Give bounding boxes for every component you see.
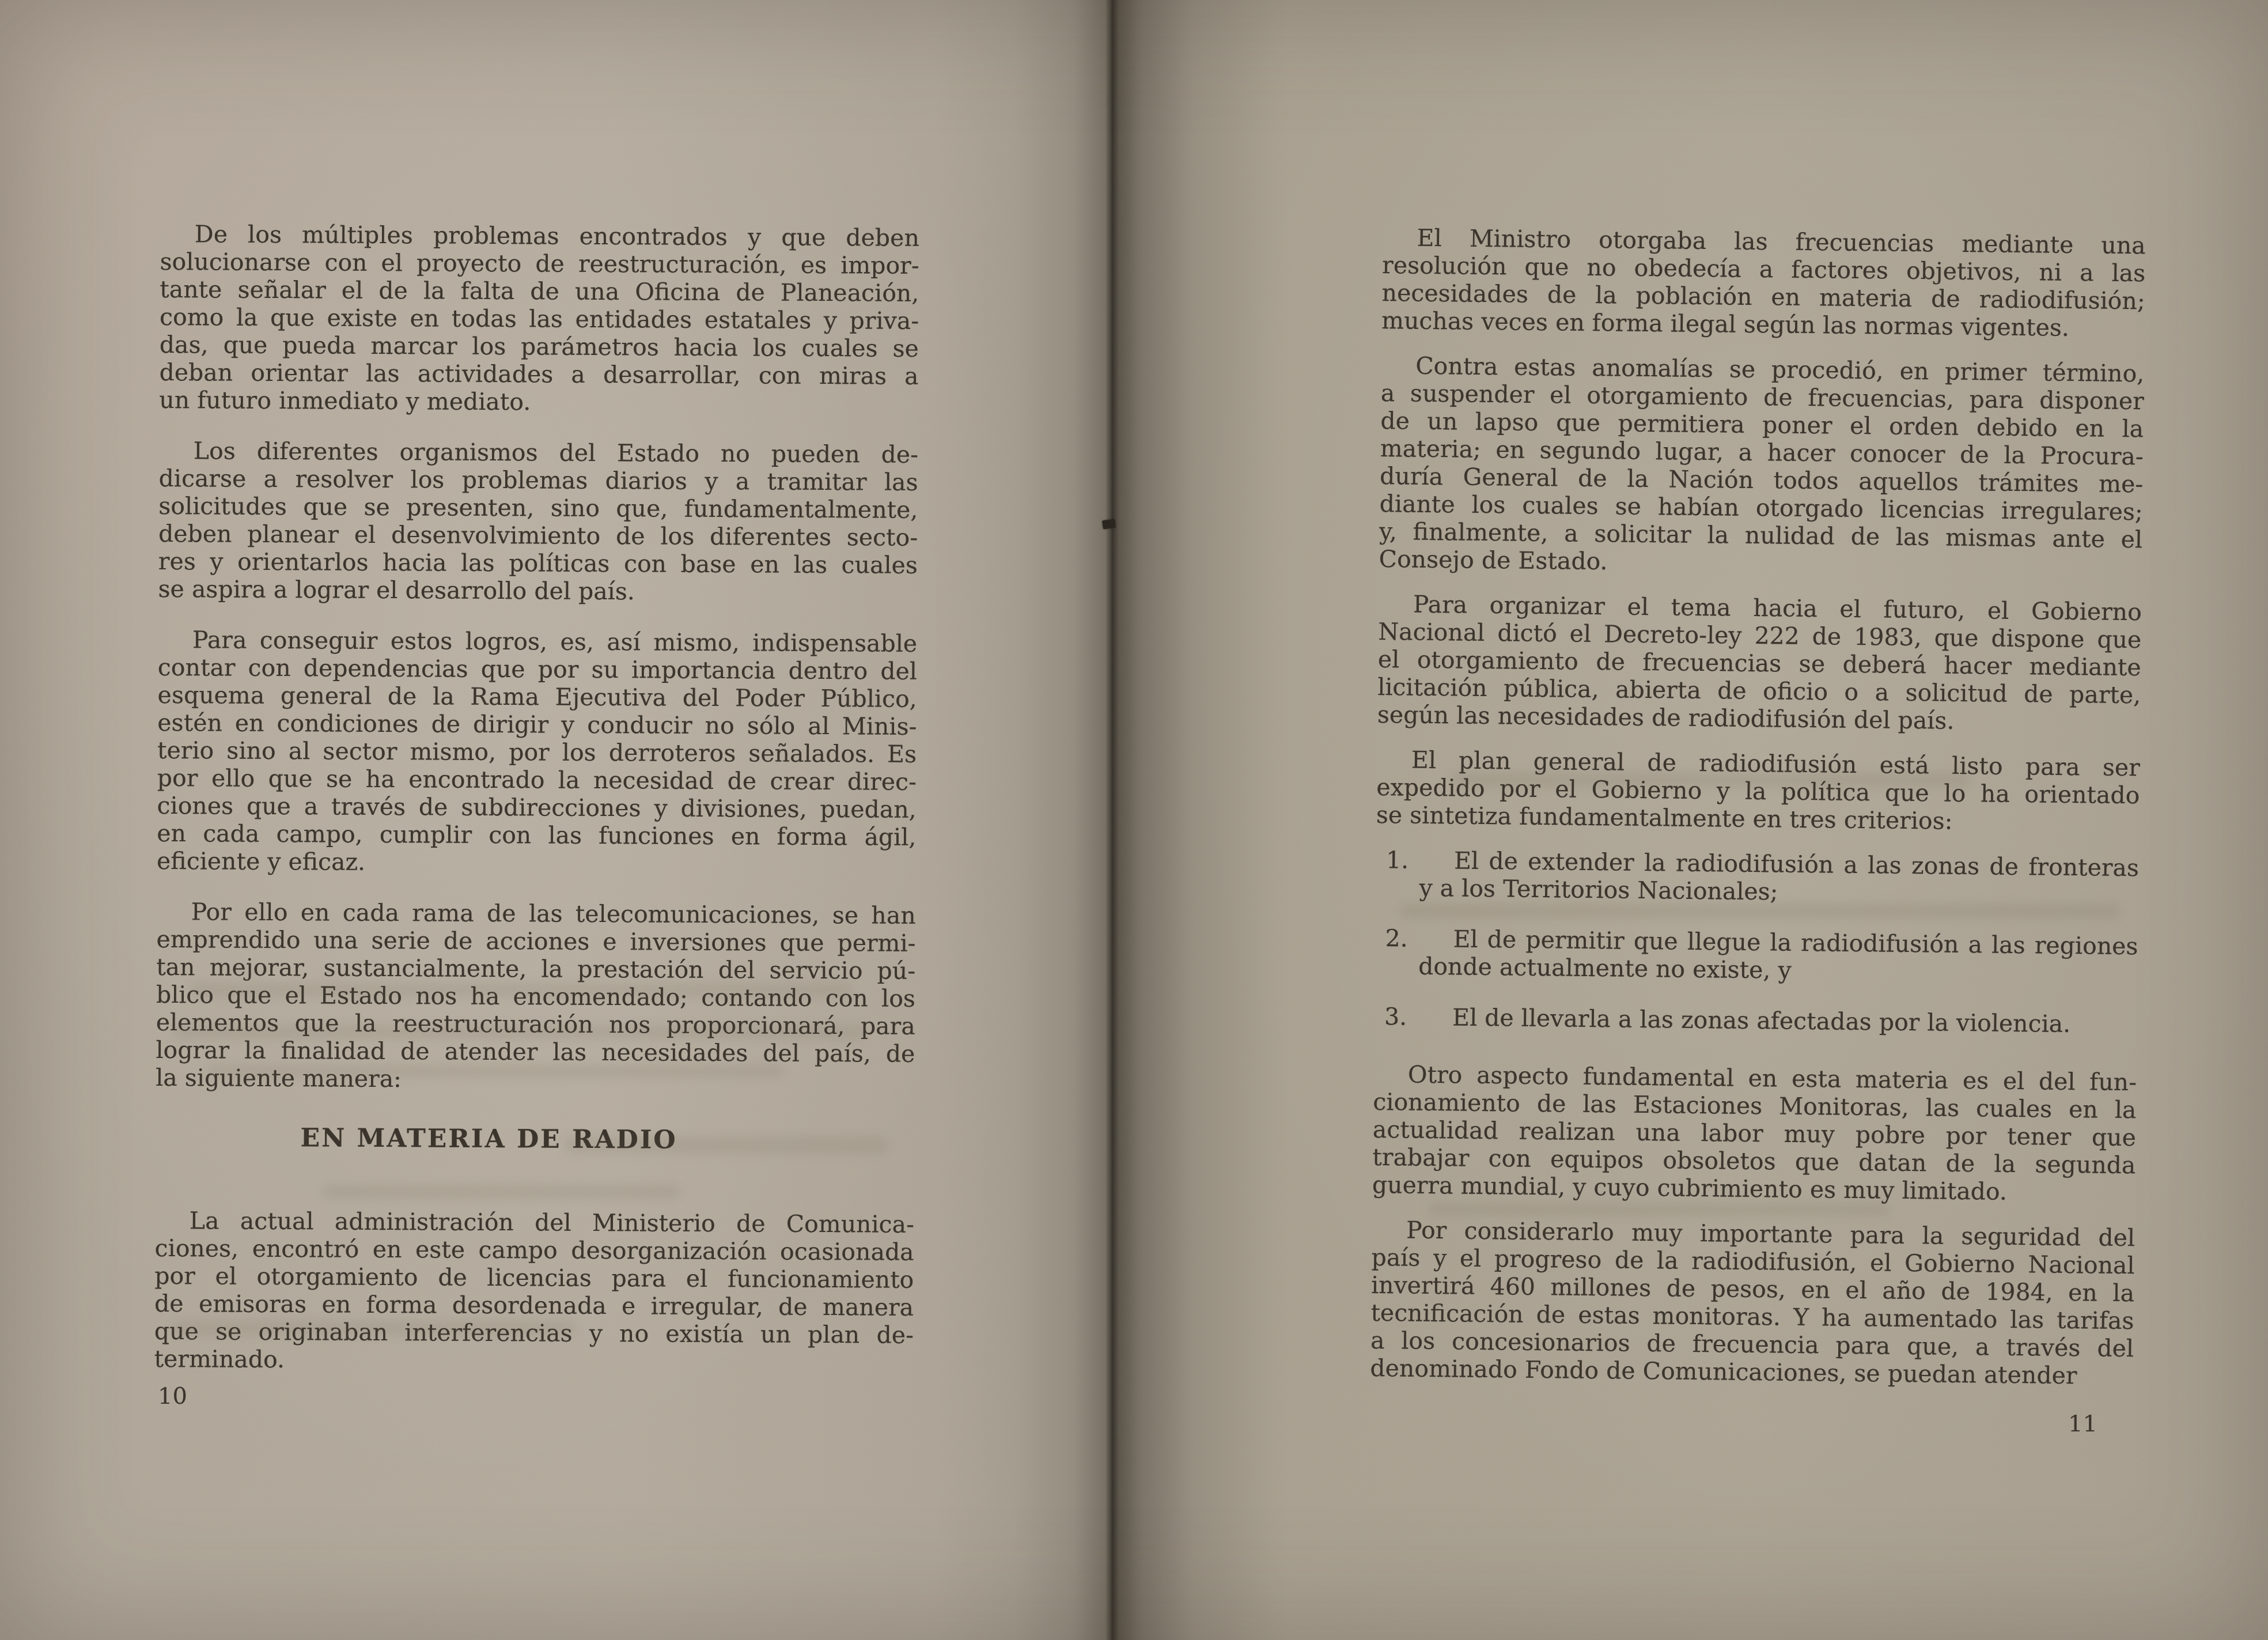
text-line: terminado. [154, 1345, 914, 1377]
text-line: la siguiente manera: [156, 1064, 915, 1095]
list-item-text: El de permitir que llegue la radiodifusi… [1418, 925, 2138, 988]
book-spread: De los múltiples problemas encontrados y… [0, 0, 2268, 1640]
text-line: que se originaban interferencias y no ex… [154, 1317, 914, 1349]
list-item: 1. El de extender la radiodifusión a las… [1375, 846, 2139, 909]
paragraph: Por ello en cada rama de las telecomunic… [156, 898, 916, 1095]
text-line: res y orientarlos hacia las políticas co… [158, 547, 918, 579]
text-line: solucionarse con el proyecto de reestruc… [160, 248, 919, 279]
text-line: ciones, encontró en este campo desorgani… [155, 1234, 914, 1266]
text-line: tan mejorar, sustancialmente, la prestac… [156, 953, 915, 985]
text-line: solicitudes que se presenten, sino que, … [158, 492, 918, 524]
page-number-left: 10 [158, 1383, 187, 1410]
text-line: La actual administración del Ministerio … [155, 1207, 914, 1238]
text-line: deben planear el desenvolvimiento de los… [158, 520, 918, 551]
list-item-text: El de extender la radiodifusión a las zo… [1419, 847, 2139, 910]
list-item-number: 1. [1385, 846, 1419, 902]
text-line: terio sino al sector mismo, por los derr… [157, 736, 917, 768]
page-number-right: 11 [2068, 1411, 2097, 1437]
text-line: elementos que la reestructuración nos pr… [156, 1008, 915, 1040]
list-item-text: El de llevarla a las zonas afectadas por… [1418, 1003, 2137, 1039]
list-item: 3. El de llevarla a las zonas afectadas … [1374, 1003, 2137, 1038]
text-line: Por ello en cada rama de las telecomunic… [157, 898, 916, 929]
text-line: das, que pueda marcar los parámetros hac… [160, 331, 919, 362]
paragraph: Los diferentes organismos del Estado no … [158, 437, 918, 607]
text-line: ciones que a través de subdirecciones y … [157, 792, 917, 823]
text-line: El de llevarla a las zonas afectadas por… [1418, 1003, 2137, 1039]
text-line: blico que el Estado nos ha encomendado; … [156, 981, 915, 1012]
text-line: de emisoras en forma desordenada e irreg… [154, 1290, 914, 1321]
list-item-number: 3. [1384, 1003, 1418, 1031]
ink-mark [1102, 519, 1116, 530]
left-text-column: De los múltiples problemas encontrados y… [154, 220, 919, 1400]
paragraph: Para conseguir estos logros, es, así mis… [157, 626, 917, 879]
text-line: lograr la finalidad de atender las neces… [156, 1036, 915, 1068]
right-page: El Ministro otorgaba las frecuencias med… [1112, 0, 2268, 1640]
text-line: en cada campo, cumplir con las funciones… [157, 819, 916, 851]
text-line: estén en condiciones de dirigir y conduc… [157, 709, 917, 740]
criteria-list: 1. El de extender la radiodifusión a las… [1374, 846, 2139, 1038]
text-line: como la que existe en todas las entidade… [160, 303, 919, 335]
text-line: Para conseguir estos logros, es, así mis… [158, 626, 917, 657]
paragraph: Contra estas anomalías se procedió, en p… [1379, 352, 2144, 581]
paragraph: El Ministro otorgaba las frecuencias med… [1381, 224, 2146, 342]
text-line: tante señalar el de la falta de una Ofic… [160, 275, 919, 307]
text-line: dicarse a resolver los problemas diarios… [159, 464, 918, 496]
text-line: eficiente y eficaz. [157, 847, 916, 879]
paragraph: Para organizar el tema hacia el futuro, … [1377, 590, 2142, 736]
paragraph: Otro aspecto fundamental en esta materia… [1372, 1060, 2137, 1207]
text-line: emprendido una serie de acciones e inver… [156, 925, 915, 957]
text-line: por ello que se ha encontrado la necesid… [157, 764, 917, 796]
text-line: deban orientar las actividades a desarro… [159, 358, 918, 390]
list-item-number: 2. [1385, 924, 1419, 980]
text-line: por el otorgamiento de licencias para el… [154, 1262, 914, 1294]
text-line: De los múltiples problemas encontrados y… [160, 220, 919, 252]
text-line: Los diferentes organismos del Estado no … [159, 437, 918, 468]
section-heading: EN MATERIA DE RADIO [109, 1124, 869, 1155]
paragraph: El plan general de radiodifusión está li… [1376, 746, 2140, 837]
list-item: 2. El de permitir que llegue la radiodif… [1375, 924, 2138, 988]
right-text-column: El Ministro otorgaba las frecuencias med… [1370, 224, 2146, 1407]
text-line: esquema general de la Rama Ejecutiva del… [158, 681, 917, 713]
left-page: De los múltiples problemas encontrados y… [0, 0, 1112, 1640]
paragraph: De los múltiples problemas encontrados y… [159, 220, 919, 418]
text-line: contar con dependencias que por su impor… [158, 653, 917, 685]
text-line: se aspira a lograr el desarrollo del paí… [158, 575, 918, 607]
text-line: un futuro inmediato y mediato. [159, 386, 918, 418]
paragraph: Por considerarlo muy importante para la … [1370, 1216, 2135, 1390]
paragraph: La actual administración del Ministerio … [154, 1207, 914, 1377]
